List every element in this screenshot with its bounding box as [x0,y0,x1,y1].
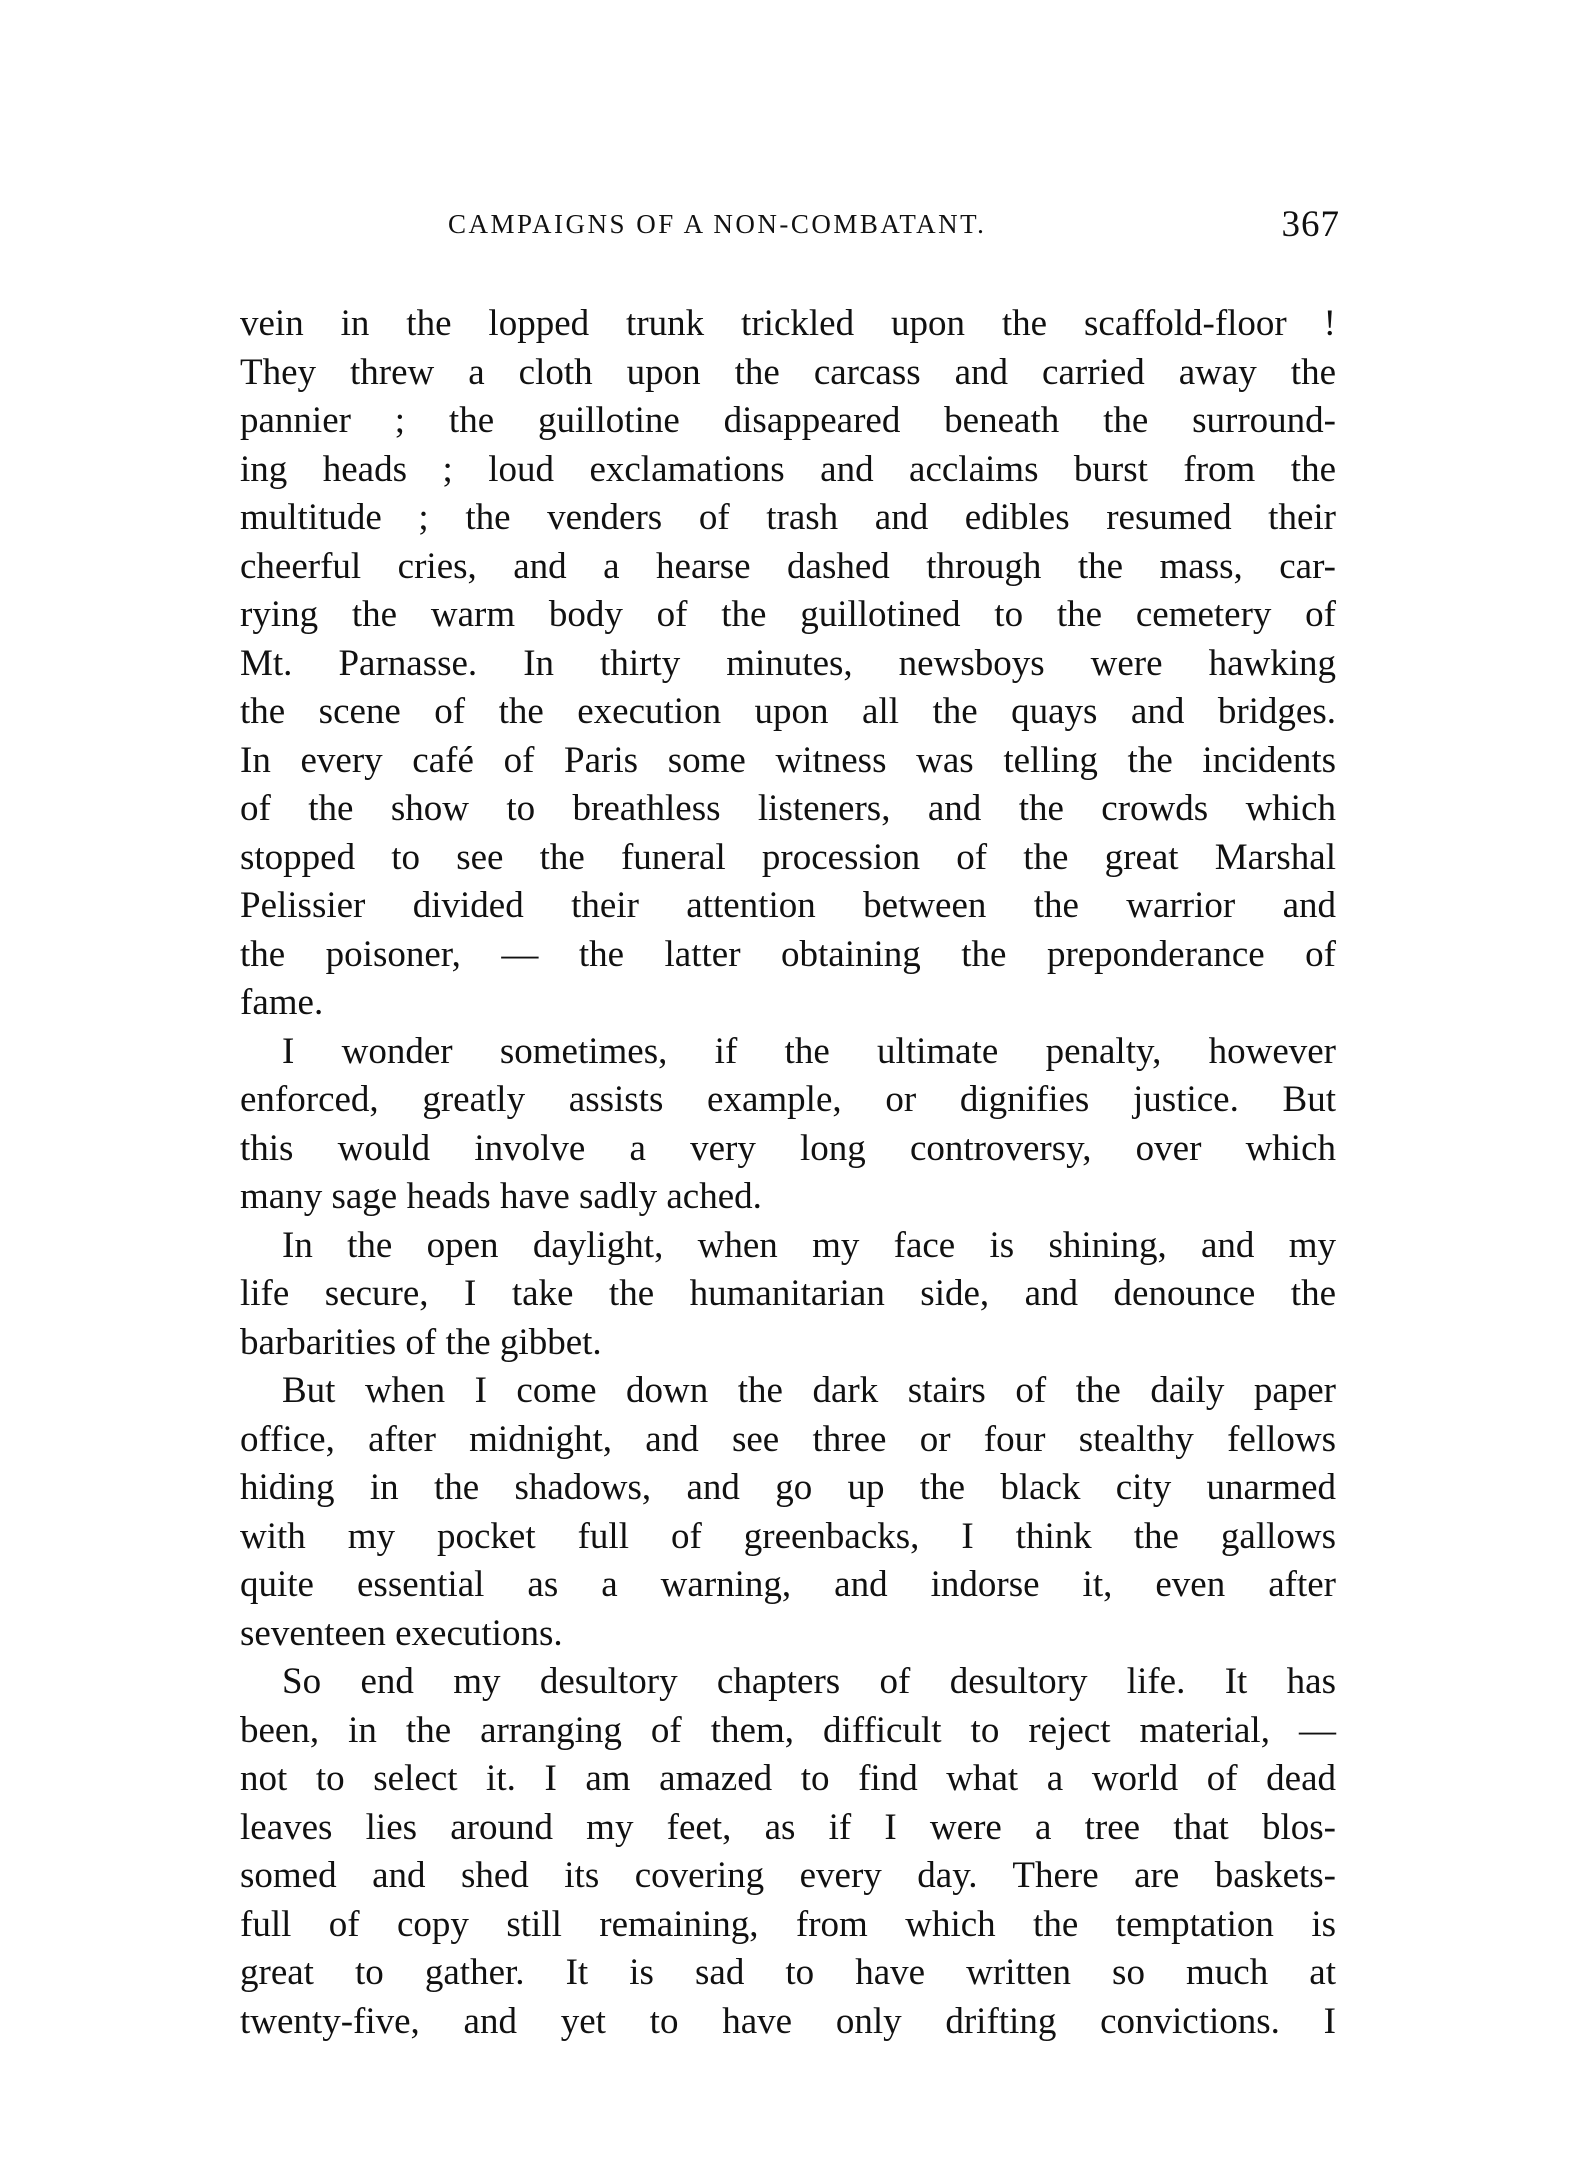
text-line: They threw a cloth upon the carcass and … [240,349,1336,398]
text-line: stopped to see the funeral procession of… [240,834,1336,883]
page-number: 367 [1282,203,1341,246]
text-line: office, after midnight, and see three or… [240,1416,1336,1465]
text-line: multitude ; the venders of trash and edi… [240,494,1336,543]
text-line: of the show to breathless listeners, and… [240,785,1336,834]
running-head: CAMPAIGNS OF A NON-COMBATANT. 367 [440,205,1340,249]
text-line: I wonder sometimes, if the ultimate pena… [240,1028,1336,1077]
text-line: with my pocket full of greenbacks, I thi… [240,1513,1336,1562]
text-line: vein in the lopped trunk trickled upon t… [240,300,1336,349]
text-line: In every café of Paris some witness was … [240,737,1336,786]
text-line: full of copy still remaining, from which… [240,1901,1336,1950]
text-line: the poisoner, — the latter obtaining the… [240,931,1336,980]
text-line: So end my desultory chapters of desultor… [240,1658,1336,1707]
book-page: CAMPAIGNS OF A NON-COMBATANT. 367 vein i… [0,0,1587,2179]
text-line: the scene of the execution upon all the … [240,688,1336,737]
text-line: barbarities of the gibbet. [240,1319,1336,1368]
text-line: But when I come down the dark stairs of … [240,1367,1336,1416]
text-line: hiding in the shadows, and go up the bla… [240,1464,1336,1513]
text-line: In the open daylight, when my face is sh… [240,1222,1336,1271]
text-line: pannier ; the guillotine disappeared ben… [240,397,1336,446]
text-line: twenty-five, and yet to have only drifti… [240,1998,1336,2047]
text-line: this would involve a very long controver… [240,1125,1336,1174]
text-line: quite essential as a warning, and indors… [240,1561,1336,1610]
text-line: somed and shed its covering every day. T… [240,1852,1336,1901]
body-text: vein in the lopped trunk trickled upon t… [240,300,1336,2046]
text-line: life secure, I take the humanitarian sid… [240,1270,1336,1319]
text-line: great to gather. It is sad to have writt… [240,1949,1336,1998]
text-line: enforced, greatly assists example, or di… [240,1076,1336,1125]
text-line: cheerful cries, and a hearse dashed thro… [240,543,1336,592]
text-line: Mt. Parnasse. In thirty minutes, newsboy… [240,640,1336,689]
text-line: rying the warm body of the guillotined t… [240,591,1336,640]
text-line: fame. [240,979,1336,1028]
text-line: been, in the arranging of them, difficul… [240,1707,1336,1756]
text-line: Pelissier divided their attention betwee… [240,882,1336,931]
running-title: CAMPAIGNS OF A NON-COMBATANT. [448,209,986,240]
text-line: leaves lies around my feet, as if I were… [240,1804,1336,1853]
text-line: many sage heads have sadly ached. [240,1173,1336,1222]
text-line: ing heads ; loud exclamations and acclai… [240,446,1336,495]
text-line: seventeen executions. [240,1610,1336,1659]
text-line: not to select it. I am amazed to find wh… [240,1755,1336,1804]
